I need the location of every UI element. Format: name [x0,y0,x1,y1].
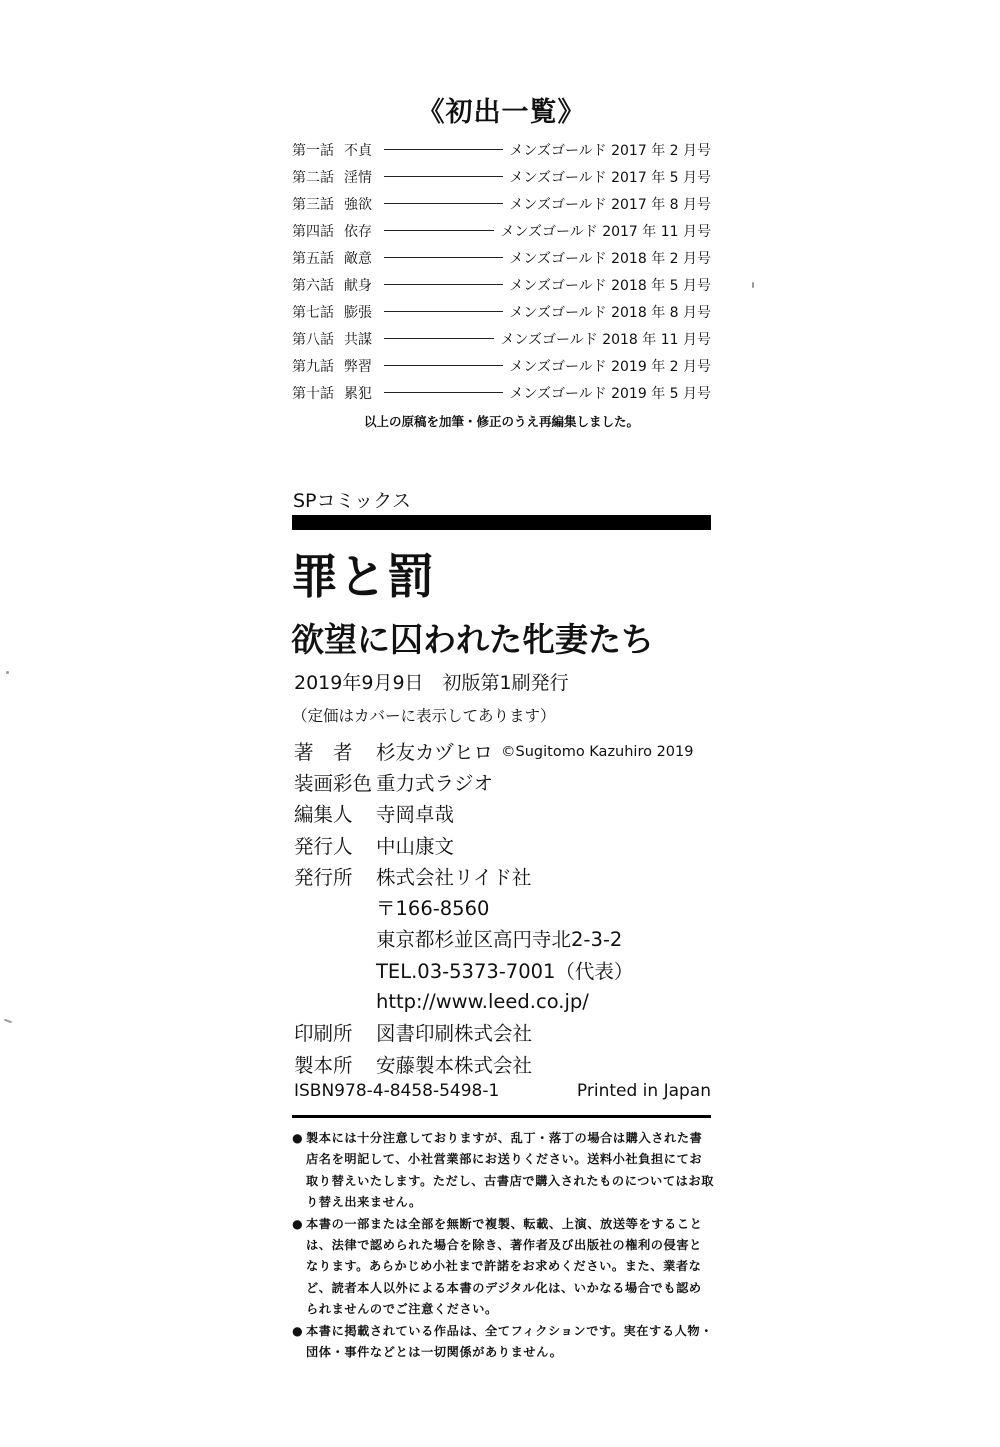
list-item: 第七話 膨張 メンズゴールド 2018 年 8 月号 [292,298,711,325]
credit-value: 東京都杉並区高円寺北2-3-2 [376,924,622,952]
bullet-icon: ● [292,1128,306,1149]
list-item: 第五話 敵意 メンズゴールド 2018 年 2 月号 [292,244,711,271]
episode-number: 第七話 [292,302,344,322]
credit-value: 〒166-8560 [376,893,489,921]
episode-source: メンズゴールド 2018 年 5 月号 [509,275,711,295]
postal-code: 〒166-8560 [294,891,714,922]
list-item: 第九話 弊習 メンズゴールド 2019 年 2 月号 [292,352,711,379]
episode-title: 膨張 [344,302,380,322]
address: 東京都杉並区高円寺北2-3-2 [294,923,714,954]
colophon-page: 《初出一覧》 第一話 不貞 メンズゴールド 2017 年 2 月号 第二話 淫情… [0,0,1000,1447]
episode-number: 第八話 [292,329,344,349]
leader-line [384,203,503,204]
credit-label: 装画彩色 [294,768,376,796]
episode-source: メンズゴールド 2017 年 11 月号 [500,221,711,241]
episode-title: 献身 [344,275,380,295]
printed-in: Printed in Japan [577,1081,711,1101]
website: http://www.leed.co.jp/ [294,985,714,1016]
credit-author: 著 者 杉友カヅヒロ ©Sugitomo Kazuhiro 2019 [294,735,714,766]
leader-line [384,257,503,258]
first-appearance-list: 第一話 不貞 メンズゴールド 2017 年 2 月号 第二話 淫情 メンズゴール… [292,136,711,406]
episode-source: メンズゴールド 2017 年 8 月号 [509,194,711,214]
scan-speck [6,671,9,674]
imprint-label: SPコミックス [293,486,411,513]
credit-label: 発行人 [294,831,376,859]
credit-value: 杉友カヅヒロ [376,737,493,765]
divider-thin [292,1115,711,1118]
episode-source: メンズゴールド 2019 年 5 月号 [509,383,711,403]
episode-number: 第四話 [292,221,344,241]
credit-binder: 製本所 安藤製本株式会社 [294,1048,714,1079]
episode-source: メンズゴールド 2017 年 5 月号 [509,167,711,187]
notice-item: ●本書に掲載されている作品は、全てフィクションです。実在する人物・団体・事件など… [292,1321,714,1364]
scan-speck [4,1019,12,1024]
episode-number: 第九話 [292,356,344,376]
episode-source: メンズゴールド 2017 年 2 月号 [509,140,711,160]
notice-text: 本書の一部または全部を無断で複製、転載、上演、放送等をすることは、法律で認められ… [306,1217,702,1317]
price-note: （定価はカバーに表示してあります） [292,704,556,726]
episode-title: 敵意 [344,248,380,268]
divider-thick [292,515,711,530]
credit-label: 編集人 [294,799,376,827]
episode-title: 強欲 [344,194,380,214]
website-link[interactable]: http://www.leed.co.jp/ [376,990,589,1013]
episode-title: 共謀 [344,329,380,349]
list-item: 第十話 累犯 メンズゴールド 2019 年 5 月号 [292,379,711,406]
episode-title: 不貞 [344,140,380,160]
revision-note: 以上の原稿を加筆・修正のうえ再編集しました。 [292,412,711,430]
list-item: 第一話 不貞 メンズゴールド 2017 年 2 月号 [292,136,711,163]
episode-number: 第一話 [292,140,344,160]
credit-value: 寺岡卓哉 [376,799,454,827]
episode-title: 弊習 [344,356,380,376]
episode-source: メンズゴールド 2019 年 2 月号 [509,356,711,376]
episode-number: 第六話 [292,275,344,295]
credit-label: 製本所 [294,1050,376,1078]
credit-cover-color: 装画彩色 重力式ラジオ [294,766,714,797]
credit-value: 安藤製本株式会社 [376,1050,532,1078]
list-item: 第四話 依存 メンズゴールド 2017 年 11 月号 [292,217,711,244]
episode-source: メンズゴールド 2018 年 8 月号 [509,302,711,322]
episode-title: 累犯 [344,383,380,403]
notice-item: ●本書の一部または全部を無断で複製、転載、上演、放送等をすることは、法律で認めら… [292,1214,714,1321]
list-item: 第六話 献身 メンズゴールド 2018 年 5 月号 [292,271,711,298]
book-title: 罪と罰 [291,540,435,607]
copyright-notice: ©Sugitomo Kazuhiro 2019 [501,742,693,760]
credit-editor: 編集人 寺岡卓哉 [294,798,714,829]
episode-title: 淫情 [344,167,380,187]
leader-line [384,311,503,312]
leader-line [384,338,494,339]
scan-speck [752,282,754,288]
book-subtitle: 欲望に囚われた牝妻たち [291,614,654,661]
list-item: 第三話 強欲 メンズゴールド 2017 年 8 月号 [292,190,711,217]
credit-value: 図書印刷株式会社 [376,1018,532,1046]
notice-item: ●製本には十分注意しておりますが、乱丁・落丁の場合は購入された書店名を明記して、… [292,1128,714,1214]
episode-title: 依存 [344,221,380,241]
credit-publisher: 発行所 株式会社リイド社 [294,860,714,891]
notice-text: 本書に掲載されている作品は、全てフィクションです。実在する人物・団体・事件などと… [306,1324,713,1359]
episode-source: メンズゴールド 2018 年 2 月号 [509,248,711,268]
episode-source: メンズゴールド 2018 年 11 月号 [500,329,711,349]
credit-value: 株式会社リイド社 [376,862,531,890]
leader-line [384,176,503,177]
credits-list: 著 者 杉友カヅヒロ ©Sugitomo Kazuhiro 2019 装画彩色 … [294,735,714,1079]
credit-label: 発行所 [294,862,376,890]
notice-text: 製本には十分注意しておりますが、乱丁・落丁の場合は購入された書店名を明記して、小… [306,1131,714,1209]
credit-label: 印刷所 [294,1018,376,1046]
credit-value: 重力式ラジオ [376,768,493,796]
first-appearance-title: 《初出一覧》 [292,90,711,129]
list-item: 第八話 共謀 メンズゴールド 2018 年 11 月号 [292,325,711,352]
credit-value: 中山康文 [376,831,454,859]
episode-number: 第三話 [292,194,344,214]
leader-line [384,149,503,150]
leader-line [384,392,503,393]
episode-number: 第五話 [292,248,344,268]
credit-value: TEL.03-5373-7001（代表） [376,956,633,984]
leader-line [384,230,494,231]
isbn-row: ISBN978-4-8458-5498-1 Printed in Japan [294,1081,711,1101]
notices: ●製本には十分注意しておりますが、乱丁・落丁の場合は購入された書店名を明記して、… [292,1128,714,1363]
list-item: 第二話 淫情 メンズゴールド 2017 年 5 月号 [292,163,711,190]
episode-number: 第十話 [292,383,344,403]
credit-label: 著 者 [294,737,376,765]
phone: TEL.03-5373-7001（代表） [294,954,714,985]
credit-printer: 印刷所 図書印刷株式会社 [294,1017,714,1048]
publication-date: 2019年9月9日 初版第1刷発行 [294,668,569,695]
leader-line [384,284,503,285]
bullet-icon: ● [292,1321,306,1342]
credit-publisher-person: 発行人 中山康文 [294,829,714,860]
isbn: ISBN978-4-8458-5498-1 [294,1081,499,1101]
episode-number: 第二話 [292,167,344,187]
bullet-icon: ● [292,1214,306,1235]
leader-line [384,365,503,366]
